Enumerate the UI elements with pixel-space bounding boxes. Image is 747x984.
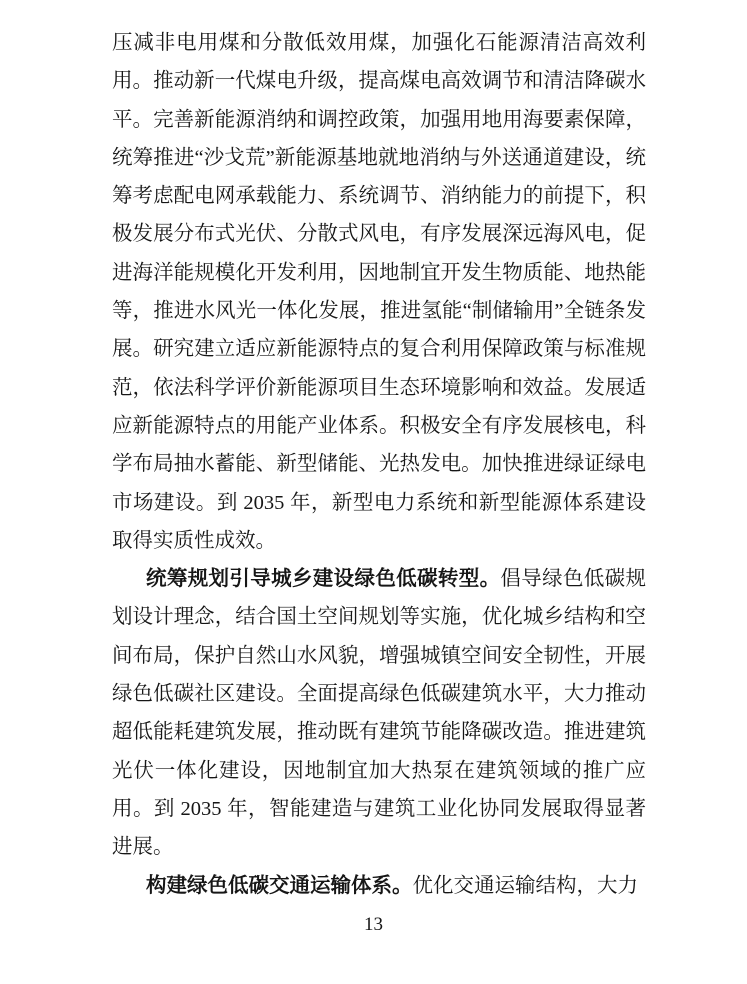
paragraph-transport: 构建绿色低碳交通运输体系。优化交通运输结构，大力 <box>112 867 646 905</box>
page-number: 13 <box>0 913 747 937</box>
paragraph-lead-bold: 构建绿色低碳交通运输体系。 <box>146 875 413 897</box>
paragraph-text: 倡导绿色低碳规划设计理念，结合国土空间规划等实施，优化城乡结构和空间布局，保护自… <box>112 568 646 858</box>
paragraph-continuation: 压减非电用煤和分散低效用煤，加强化石能源清洁高效利用。推动新一代煤电升级，提高煤… <box>112 24 646 560</box>
document-page: 压减非电用煤和分散低效用煤，加强化石能源清洁高效利用。推动新一代煤电升级，提高煤… <box>0 0 747 984</box>
paragraph-text: 优化交通运输结构，大力 <box>413 875 639 897</box>
paragraph-urban-rural: 统筹规划引导城乡建设绿色低碳转型。倡导绿色低碳规划设计理念，结合国土空间规划等实… <box>112 560 646 866</box>
paragraph-text: 压减非电用煤和分散低效用煤，加强化石能源清洁高效利用。推动新一代煤电升级，提高煤… <box>112 32 646 552</box>
document-body: 压减非电用煤和分散低效用煤，加强化石能源清洁高效利用。推动新一代煤电升级，提高煤… <box>112 24 646 905</box>
paragraph-lead-bold: 统筹规划引导城乡建设绿色低碳转型。 <box>146 568 500 590</box>
